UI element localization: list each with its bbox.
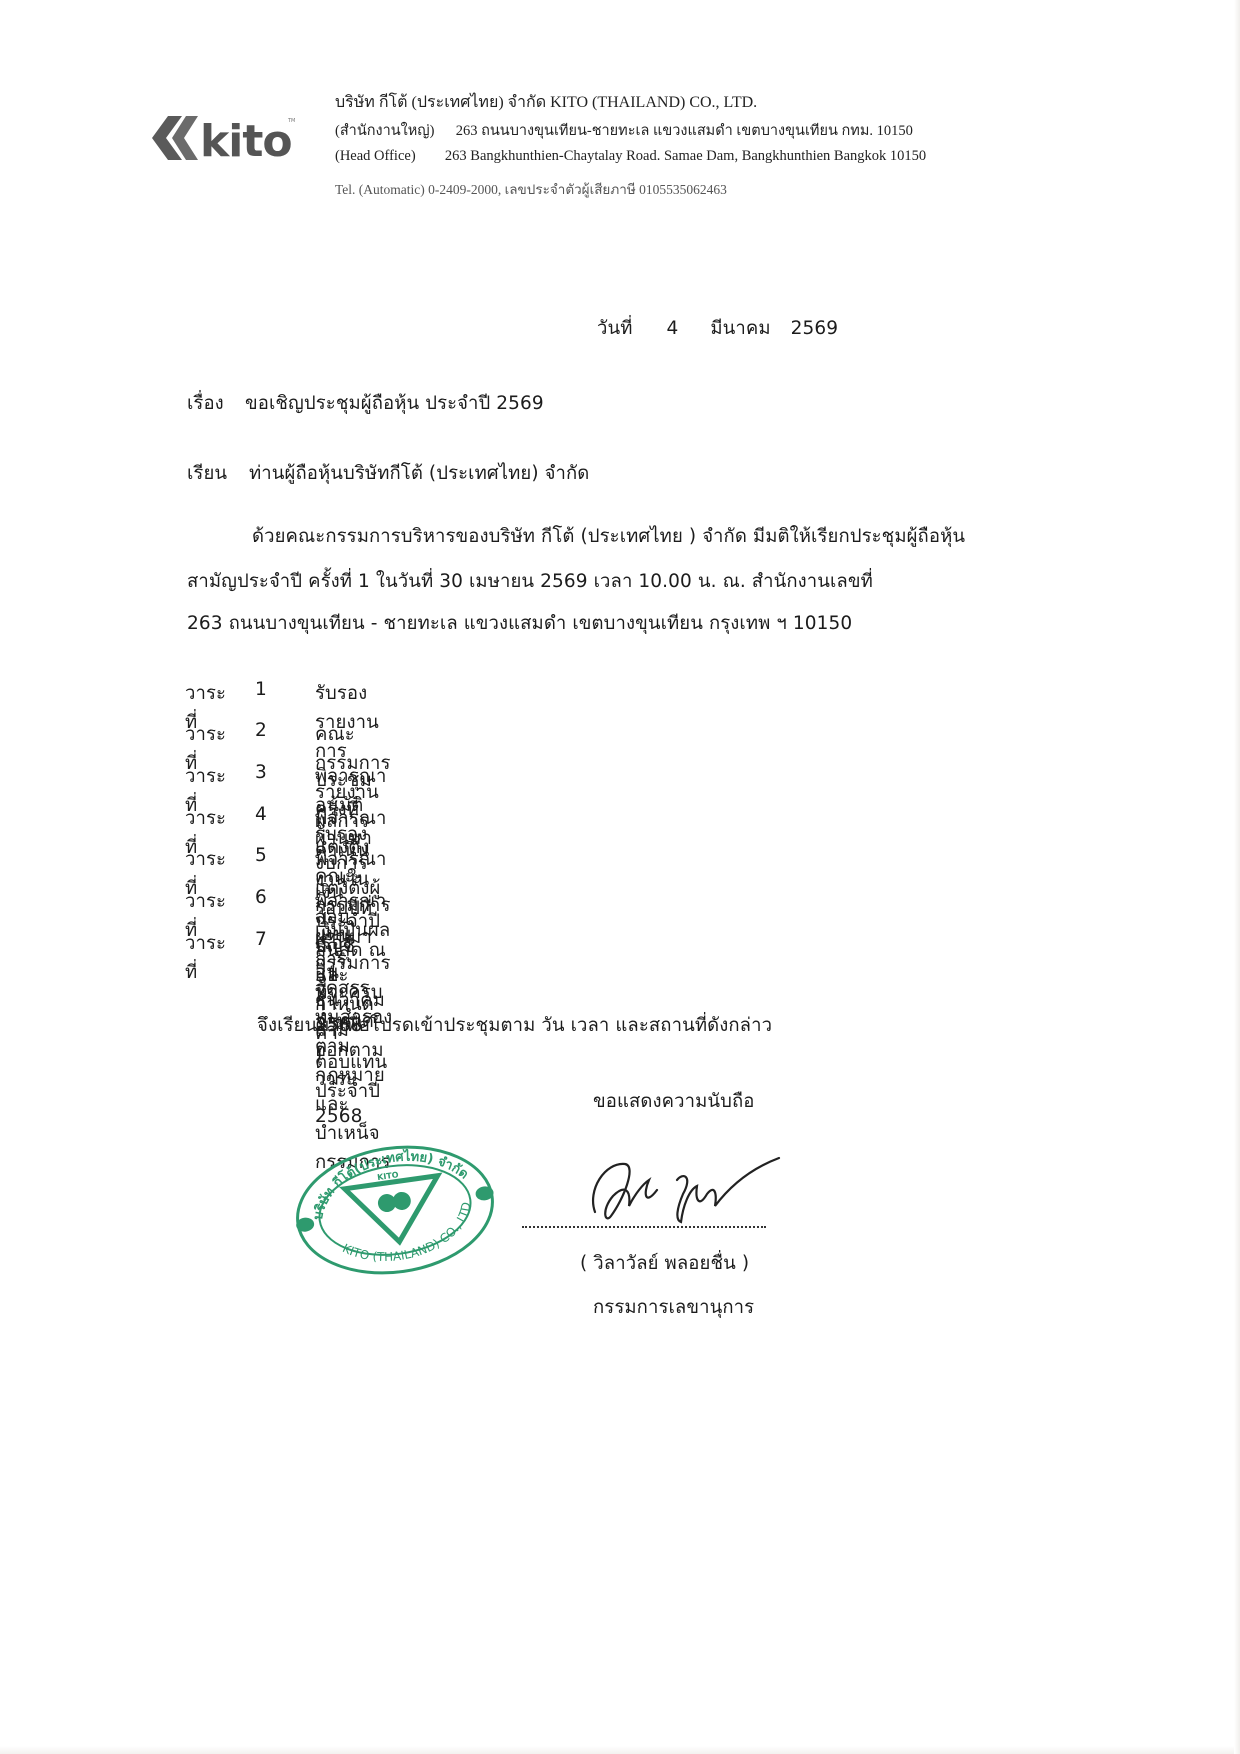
letter-date: วันที่ 4 มีนาคม 2569: [597, 314, 838, 343]
agenda-number: 6: [255, 887, 267, 908]
head-office-thai-address: 263 ถนนบางขุนเทียน-ชายทะเล แขวงแสมดำ เขต…: [456, 123, 913, 139]
subject-label: เรื่อง: [187, 389, 224, 418]
agenda-text: เรื่องอื่น ๆ ( ถ้ามี ): [315, 929, 352, 1066]
date-day: 4: [667, 318, 679, 339]
agenda-number: 5: [255, 845, 267, 866]
kito-logo: kito TM: [148, 112, 298, 164]
svg-text:kito: kito: [200, 116, 292, 164]
closing-text: จึงเรียนมาเพื่อโปรดเข้าประชุมตาม วัน เวล…: [257, 1011, 772, 1040]
subject-text: ขอเชิญประชุมผู้ถือหุ้น ประจำปี 2569: [245, 389, 544, 418]
scan-right-edge: [1234, 0, 1240, 1754]
scan-bottom-edge: [0, 1746, 1240, 1754]
handwritten-signature: [565, 1150, 785, 1230]
head-office-english-label: (Head Office): [335, 148, 416, 164]
company-stamp: บริษัท กีโต้(ประเทศไทย) จำกัด KITO (THAI…: [290, 1140, 500, 1280]
head-office-english: (Head Office) 263 Bangkhunthien-Chaytala…: [335, 148, 926, 165]
agenda-label: วาระที่: [185, 929, 226, 987]
agenda-number: 4: [255, 804, 267, 825]
kito-logo-icon: kito TM: [148, 112, 298, 164]
date-label: วันที่: [597, 318, 633, 339]
signatory-name: ( วิลาวัลย์ พลอยชื่น ): [580, 1249, 749, 1278]
signatory-position: กรรมการเลขานุการ: [593, 1293, 754, 1322]
date-year: 2569: [791, 318, 838, 339]
agenda-number: 2: [255, 720, 267, 741]
agenda-number: 3: [255, 762, 267, 783]
recipient-label: เรียน: [187, 459, 227, 488]
svg-text:TM: TM: [287, 118, 295, 124]
body-line-2: สามัญประจำปี ครั้งที่ 1 ในวันที่ 30 เมษา…: [187, 567, 873, 596]
head-office-thai: (สำนักงานใหญ่) 263 ถนนบางขุนเทียน-ชายทะเ…: [335, 119, 913, 142]
company-name-line: บริษัท กีโต้ (ประเทศไทย) จำกัด KITO (THA…: [335, 90, 757, 115]
head-office-thai-label: (สำนักงานใหญ่): [335, 123, 434, 139]
company-stamp-icon: บริษัท กีโต้(ประเทศไทย) จำกัด KITO (THAI…: [290, 1140, 500, 1280]
date-month: มีนาคม: [710, 318, 770, 339]
signature-line: [522, 1226, 766, 1228]
head-office-english-address: 263 Bangkhunthien-Chaytalay Road. Samae …: [445, 148, 926, 164]
body-line-1: ด้วยคณะกรรมการบริหารของบริษัท กีโต้ (ประ…: [252, 522, 965, 551]
agenda-number: 7: [255, 929, 267, 950]
regards-text: ขอแสดงความนับถือ: [593, 1087, 754, 1116]
signature-icon: [565, 1150, 785, 1230]
recipient-text: ท่านผู้ถือหุ้นบริษัทกีโต้ (ประเทศไทย) จำ…: [249, 459, 589, 488]
body-line-3: 263 ถนนบางขุนเทียน - ชายทะเล แขวงแสมดำ เ…: [187, 609, 852, 638]
contact-line: Tel. (Automatic) 0-2409-2000, เลขประจำตั…: [335, 178, 727, 200]
agenda-number: 1: [255, 679, 267, 700]
